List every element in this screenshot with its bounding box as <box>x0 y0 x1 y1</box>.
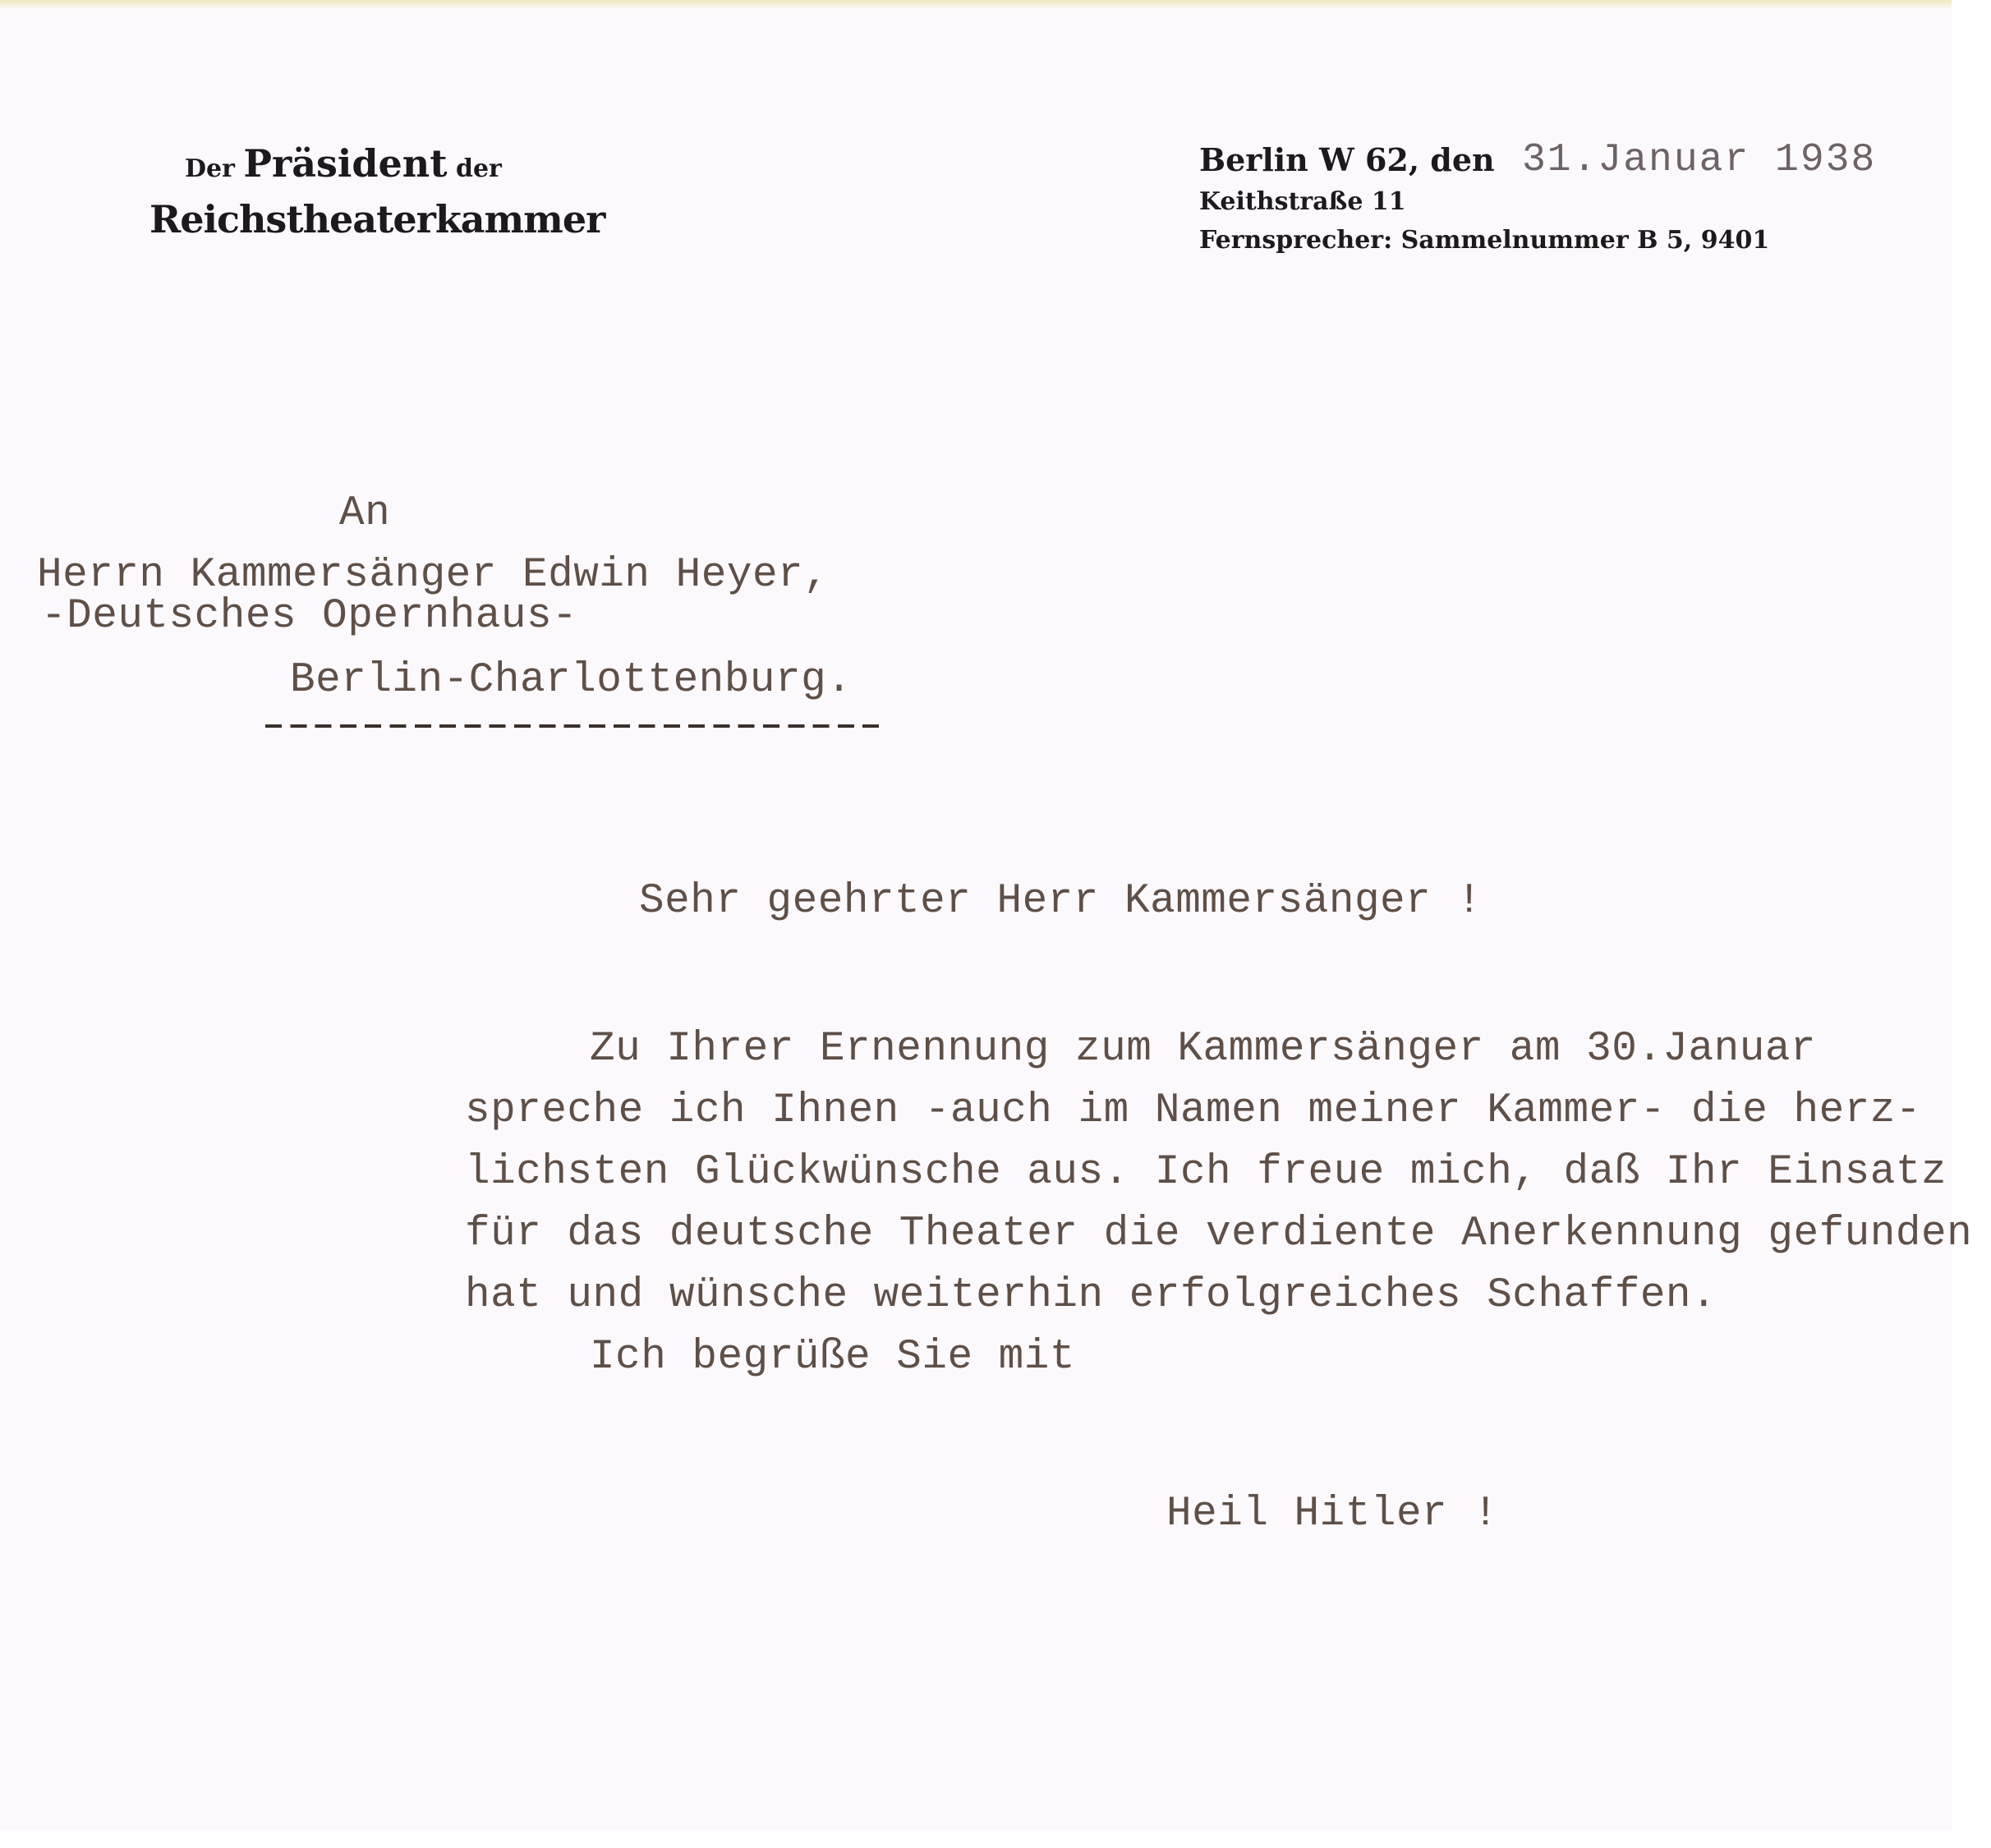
salutation: Sehr geehrter Herr Kammersänger ! <box>639 880 1482 922</box>
body-line: spreche ich Ihnen -auch im Namen meiner … <box>465 1090 1921 1132</box>
recipient-city: Berlin-Charlottenburg. <box>290 660 852 701</box>
recipient-prefix: An <box>339 493 390 535</box>
letterhead-phone: Fernsprecher: Sammelnummer B 5, 9401 <box>1199 226 1769 255</box>
sender-suffix: der <box>456 154 502 183</box>
letter-date: 31.Januar 1938 <box>1522 138 1876 182</box>
letter-sheet: Der Präsident der Reichstheaterkammer Be… <box>0 0 1952 1830</box>
letterhead-city: Berlin W 62, den <box>1199 141 1495 178</box>
sender-organization: Reichstheaterkammer <box>149 197 605 241</box>
closing: Heil Hitler ! <box>1166 1493 1498 1535</box>
scan-edge <box>0 0 1952 10</box>
body-line: für das deutsche Theater die verdiente A… <box>465 1213 1972 1255</box>
recipient-name: Herrn Kammersänger Edwin Heyer, <box>37 554 829 596</box>
body-line: Ich begrüße Sie mit <box>590 1336 1075 1378</box>
letterhead-sender-line: Der Präsident der <box>185 141 502 186</box>
body-line: lichsten Glückwünsche aus. Ich freue mic… <box>465 1152 1947 1193</box>
body-line: hat und wünsche weiterhin erfolgreiches … <box>465 1275 1717 1317</box>
letterhead-street: Keithstraße 11 <box>1199 187 1406 216</box>
sender-title: Präsident <box>243 141 447 186</box>
body-line: Zu Ihrer Ernennung zum Kammersänger am 3… <box>590 1028 1816 1070</box>
sender-prefix: Der <box>185 154 235 183</box>
address-underline <box>265 724 887 728</box>
recipient-institution: -Deutsches Opernhaus- <box>41 595 577 637</box>
